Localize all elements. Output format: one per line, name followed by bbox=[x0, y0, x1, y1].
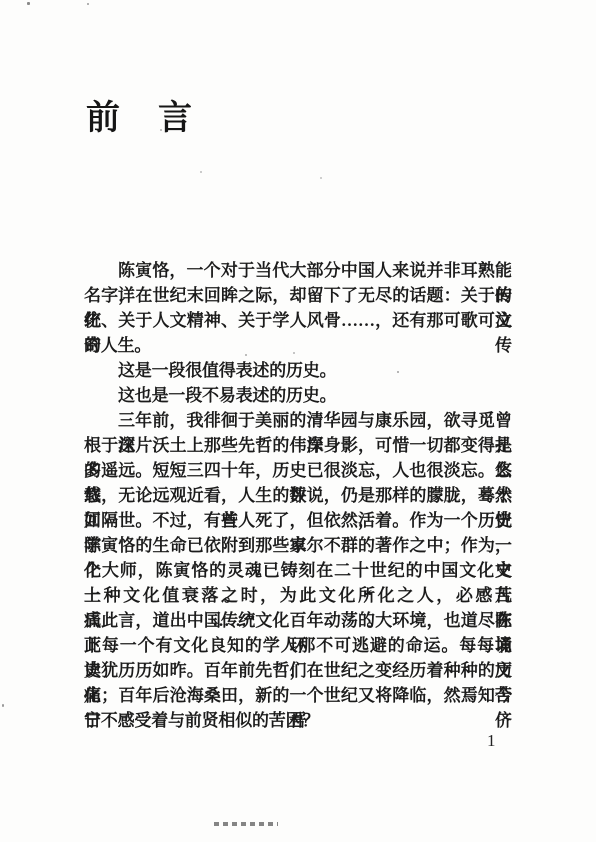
scan-speck bbox=[160, 129, 162, 131]
scan-speck bbox=[27, 2, 30, 5]
scan-speck bbox=[293, 352, 295, 354]
scan-speck bbox=[245, 354, 247, 356]
body-line: 的遥远。短短三四十年，历史已很淡忘，人也很淡忘。悠悠数十 bbox=[84, 458, 512, 483]
body-line: 化大师，陈寅恪的灵魂已铸刻在二十世纪的中国文化史上。“凡 bbox=[84, 558, 512, 583]
page-number: 1 bbox=[487, 731, 496, 751]
body-line: 化、关于人文精神、关于学人风骨……，还有那可歌可泣的传 bbox=[84, 308, 512, 333]
scan-speck bbox=[397, 371, 399, 373]
body-line: 名字，在世纪末回眸之际，却留下了无尽的话题：关于传统文 bbox=[84, 283, 512, 308]
body-line: 如隔世。不过，有些人死了，但依然活着。作为一个历史学家， bbox=[84, 508, 512, 533]
body-line: 痛；百年后沧海桑田，新的一个世纪又将降临，然焉知今日吾侪 bbox=[84, 683, 512, 708]
body-line: 这是一段很值得表述的历史。 bbox=[84, 358, 512, 383]
body-line: 这也是一段不易表述的历史。 bbox=[84, 383, 512, 408]
preface-body: 陈寅恪，一个对于当代大部分中国人来说并非耳熟能详的名字，在世纪末回眸之际，却留下… bbox=[84, 258, 512, 733]
body-line: 下每一个有文化良知的学人那不可逃避的命运。每每诵读，历 bbox=[84, 633, 512, 658]
body-line: 一种文化值衰落之时，为此文化所化之人，必感苦痛……”。陈 bbox=[84, 583, 512, 608]
body-line: 史犹历历如昨。百年前先哲们在世纪之变经历着种种的文化苦 bbox=[84, 658, 512, 683]
body-line: 三年前，我徘徊于美丽的清华园与康乐园，欲寻觅曾深深扎 bbox=[84, 408, 512, 433]
book-page: 前 言 陈寅恪，一个对于当代大部分中国人来说并非耳熟能详的名字，在世纪末回眸之际… bbox=[0, 0, 596, 842]
scan-speck bbox=[2, 704, 4, 707]
body-line: 载，无论远观近看，人生的评说，仍是那样的朦胧，蓦然回首，恍 bbox=[84, 483, 512, 508]
scan-artifact-dashes bbox=[214, 822, 278, 826]
page-title: 前 言 bbox=[86, 90, 194, 139]
body-line: 陈寅恪的生命已依附到那些卓尔不群的著作之中；作为一个文 bbox=[84, 533, 512, 558]
scan-speck bbox=[200, 171, 202, 173]
body-line: 氏此言，道出中国传统文化百年动荡的大环境，也道尽在此环境 bbox=[84, 608, 512, 633]
scan-speck bbox=[320, 177, 322, 179]
scan-speck bbox=[87, 3, 89, 5]
body-line: 陈寅恪，一个对于当代大部分中国人来说并非耳熟能详的 bbox=[84, 258, 512, 283]
body-line: 根于这片沃土上那些先哲的伟岸身影，可惜一切都变得是多么 bbox=[84, 433, 512, 458]
